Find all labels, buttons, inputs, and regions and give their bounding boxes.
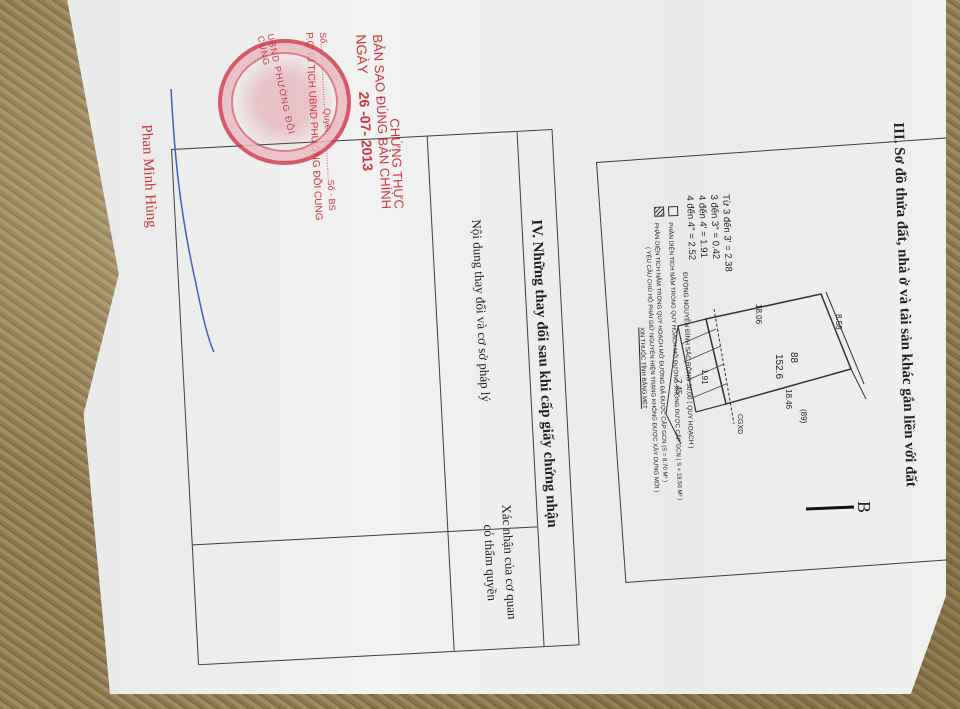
svg-text:88: 88 <box>788 352 799 364</box>
crosshatch-swatch-icon <box>654 206 664 216</box>
svg-text:(89): (89) <box>799 409 808 424</box>
signer-name: Phan Minh Hùng <box>137 124 159 228</box>
signature-stroke <box>166 84 246 364</box>
svg-text:1.91: 1.91 <box>700 369 709 385</box>
seal-text: UBND PHƯỜNG ĐỒI CUNG <box>256 33 304 169</box>
hatch-swatch-icon <box>668 206 678 216</box>
svg-text:8.58: 8.58 <box>834 314 843 330</box>
svg-text:CGXD: CGXD <box>736 414 743 434</box>
date-label: NGÀY <box>353 34 371 74</box>
svg-text:18.46: 18.46 <box>784 389 793 410</box>
svg-text:B: B <box>854 501 874 513</box>
svg-text:18.06: 18.06 <box>754 304 763 325</box>
north-arrow-icon: B <box>806 489 886 529</box>
certificate-page: III. Sơ đồ thửa đất, nhà ở và tài sản kh… <box>66 0 946 694</box>
svg-text:152.6: 152.6 <box>773 354 784 379</box>
distance-notes: Từ 3 đến 3' = 2.38 3 đến 3'' = 0.42 4 đế… <box>683 194 734 273</box>
